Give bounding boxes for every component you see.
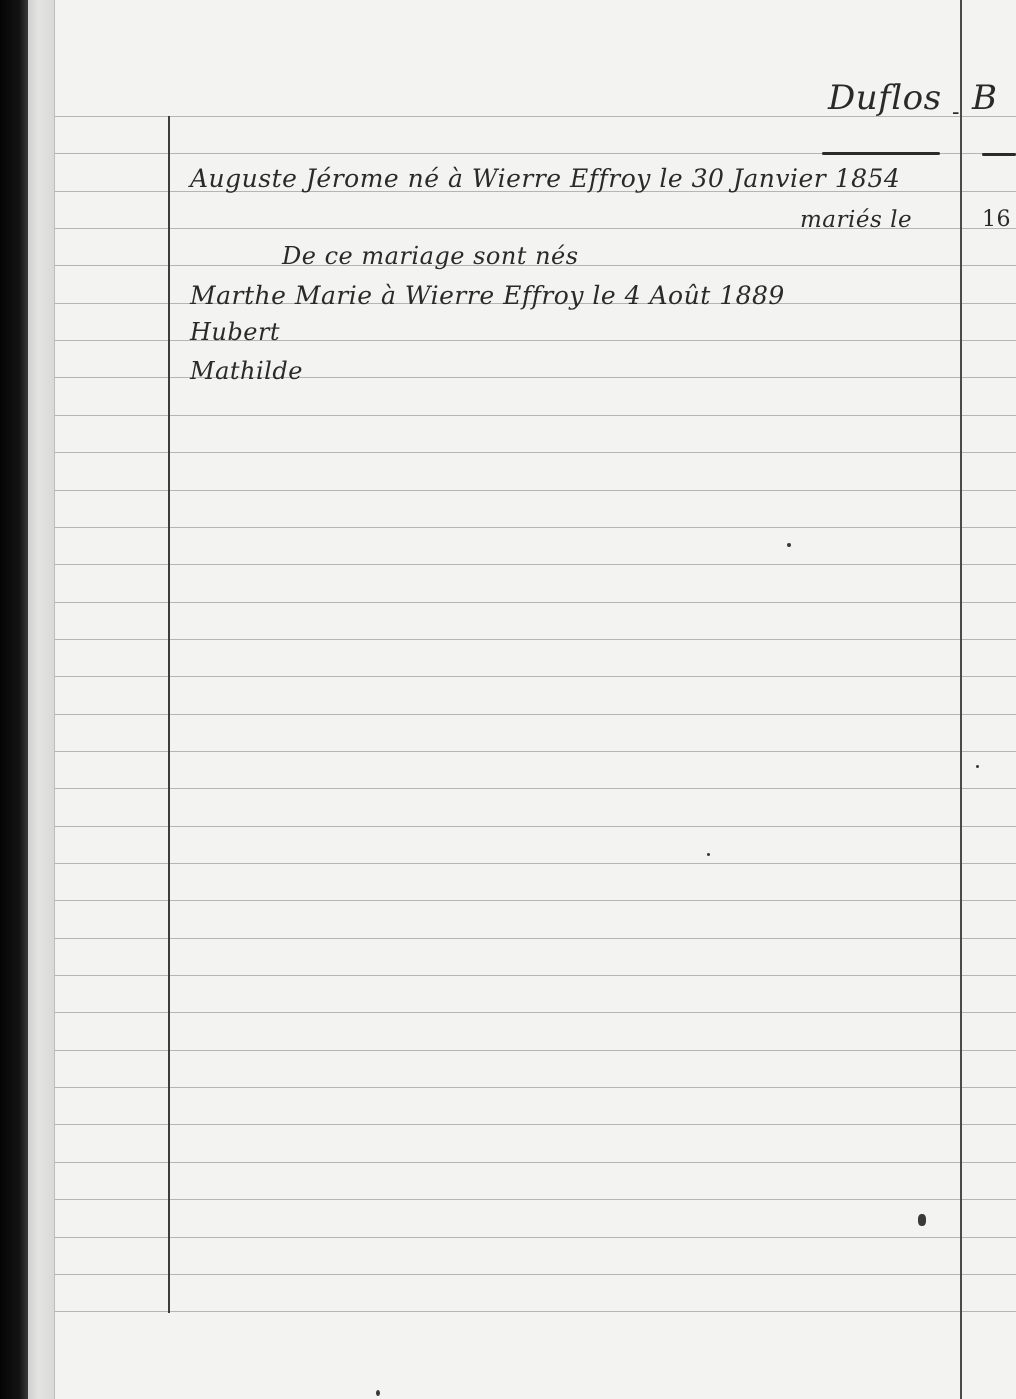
ruled-line: [55, 863, 1016, 864]
child-entry: Marthe Marie à Wierre Effroy le 4 Août 1…: [190, 281, 785, 310]
ruled-line: [55, 490, 1016, 491]
ink-speck: [707, 853, 710, 856]
ink-blot: [918, 1214, 926, 1226]
ruled-line: [55, 415, 1016, 416]
ruled-line: [55, 639, 1016, 640]
children-intro: De ce mariage sont nés: [282, 242, 579, 270]
ruled-line: [55, 1274, 1016, 1275]
ruled-line: [55, 676, 1016, 677]
ruled-line: [55, 938, 1016, 939]
ruled-line: [55, 1237, 1016, 1238]
ruled-line: [55, 1012, 1016, 1013]
father-entry: Auguste Jérome né à Wierre Effroy le 30 …: [190, 164, 900, 193]
column-divider: [960, 0, 962, 1399]
ruled-line: [55, 452, 1016, 453]
ruled-line: [55, 1087, 1016, 1088]
ink-speck: [376, 1390, 380, 1396]
married-label: mariés le: [800, 207, 912, 233]
ruled-line: [55, 751, 1016, 752]
book-binding: [0, 0, 28, 1399]
ruled-line: [55, 527, 1016, 528]
ruled-line: [55, 826, 1016, 827]
surname-separator: -: [952, 100, 959, 125]
child-entry: Mathilde: [190, 357, 303, 385]
register-page: Duflos - B Auguste Jérome né à Wierre Ef…: [0, 0, 1016, 1399]
ink-speck: [787, 543, 791, 547]
ruled-line: [55, 1050, 1016, 1051]
ink-speck: [976, 765, 979, 768]
margin-line: [168, 116, 170, 1313]
ruled-line: [55, 1199, 1016, 1200]
ruled-line: [55, 975, 1016, 976]
ruled-line: [55, 1124, 1016, 1125]
child-entry: Hubert: [190, 318, 280, 346]
ruled-line: [55, 788, 1016, 789]
ruled-line: [55, 714, 1016, 715]
married-day: 16: [982, 207, 1011, 232]
ruled-line: [55, 900, 1016, 901]
next-surname-underline: [982, 153, 1016, 156]
surname-heading: Duflos: [828, 78, 942, 118]
binding-edge: [28, 0, 55, 1399]
surname-underline: [822, 152, 940, 155]
next-surname-heading: B: [972, 78, 998, 118]
ruled-line: [55, 564, 1016, 565]
ruled-line: [55, 602, 1016, 603]
ruled-line: [55, 1162, 1016, 1163]
ruled-line: [55, 1311, 1016, 1312]
